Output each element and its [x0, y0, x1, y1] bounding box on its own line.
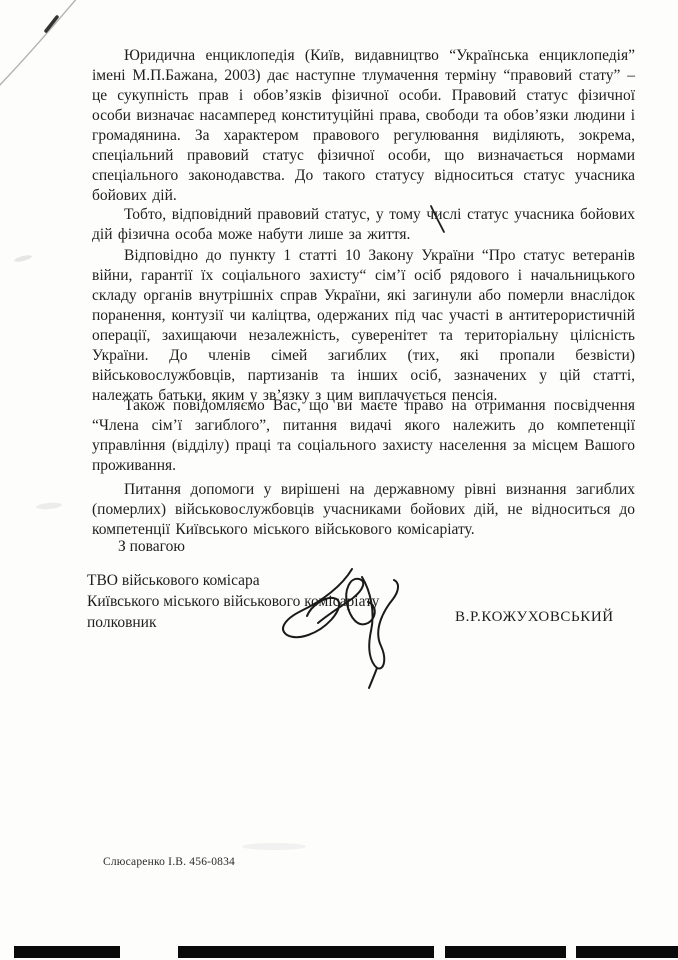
scan-smudge — [242, 843, 306, 850]
paragraph-3: Відповідно до пункту 1 статті 10 Закону … — [92, 246, 635, 406]
signatory-position-line2: Київського міського військового комісарі… — [87, 593, 379, 611]
scan-edge-gap — [120, 946, 178, 958]
scan-smudge — [36, 502, 62, 510]
scan-edge-gap — [566, 946, 576, 958]
scan-smudge — [14, 254, 33, 263]
paragraph-2: Тобто, відповідний правовий статус, у то… — [92, 205, 635, 245]
fold-crease-dark-segment — [46, 17, 57, 31]
signatory-position-line1: ТВО військового комісара — [87, 572, 260, 590]
scan-edge-strip — [14, 946, 678, 958]
executor-contact-line: Слюсаренко І.В. 456-0834 — [103, 856, 235, 868]
paragraph-1: Юридична енциклопедія (Київ, видавництво… — [92, 46, 635, 206]
signatory-rank: полковник — [87, 614, 157, 632]
letter-body: Юридична енциклопедія (Київ, видавництво… — [92, 0, 635, 960]
paragraph-4: Також повідомляємо Вас, що ви маєте прав… — [92, 396, 635, 476]
fold-crease-icon — [0, 0, 78, 90]
scanned-letter-page: Юридична енциклопедія (Київ, видавництво… — [0, 0, 678, 960]
signatory-name: В.Р.КОЖУХОВСЬКИЙ — [455, 609, 614, 626]
scan-edge-gap — [434, 946, 445, 958]
paragraph-5: Питання допомоги у вирішені на державном… — [92, 480, 635, 540]
closing-salutation: З повагою — [118, 538, 185, 556]
